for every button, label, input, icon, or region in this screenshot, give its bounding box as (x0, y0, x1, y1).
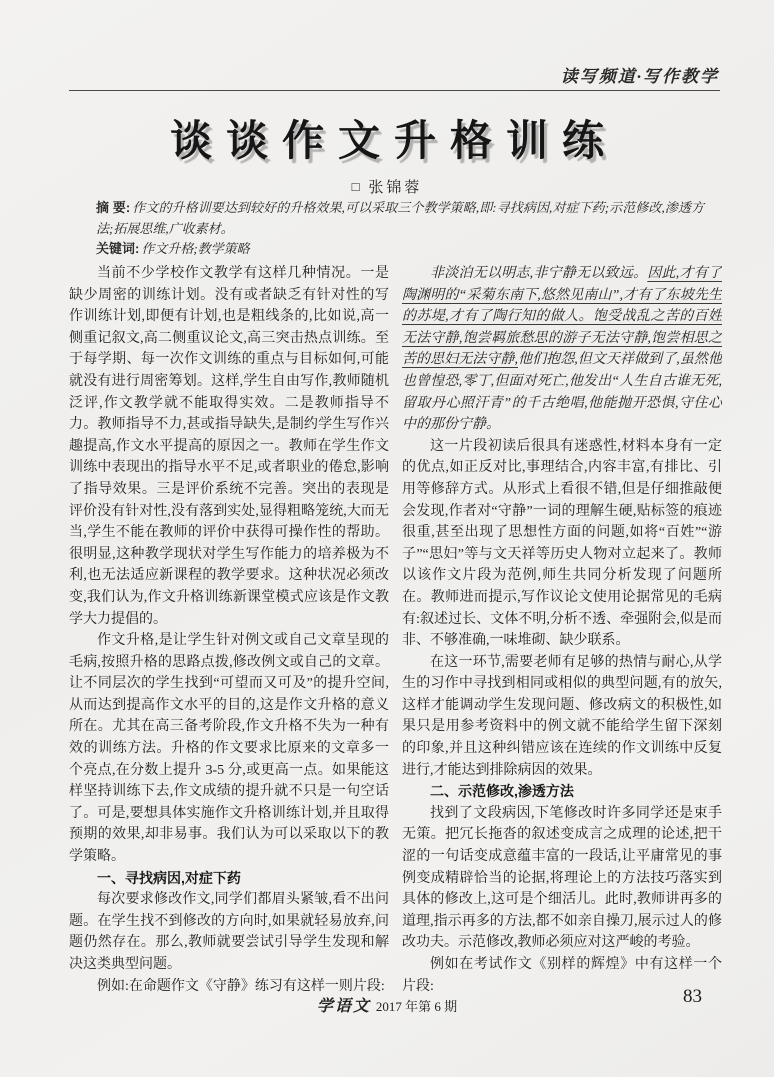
body-paragraph: 在这一环节,需要老师有足够的热情与耐心,从学生的习作中寻找到相同或相似的典型问题… (402, 652, 722, 782)
page-number: 83 (683, 986, 702, 1008)
body-paragraph: 找到了文段病因,下笔修改时许多同学还是束手无策。把冗长拖沓的叙述变成言之成理的论… (402, 803, 722, 954)
author-square-icon: □ (352, 179, 363, 194)
keywords-paragraph: 关键词:作文升格;教学策略 (96, 239, 704, 260)
header-divider (69, 90, 720, 91)
abstract-paragraph: 摘 要:作文的升格训要达到较好的升格效果,可以采取三个教学策略,即:寻找病因,对… (96, 198, 704, 239)
section-heading: 二、示范修改,渗透方法 (402, 781, 722, 803)
right-column: 非淡泊无以明志,非宁静无以致远。因此,才有了陶渊明的“采菊东南下,悠然见南山”,… (402, 263, 722, 995)
quoted-passage: 非淡泊无以明志,非宁静无以致远。因此,才有了陶渊明的“采菊东南下,悠然见南山”,… (402, 263, 722, 436)
author-line: □张锦蓉 (0, 176, 774, 197)
article-title: 谈谈作文升格训练 (0, 108, 774, 168)
left-column: 当前不少学校作文教学有这样几种情况。一是缺少周密的训练计划。没有或者缺乏有针对性… (69, 263, 389, 995)
body-paragraph: 作文升格,是让学生针对例文或自己文章呈现的毛病,按照升格的思路点拨,修改例文或自… (69, 630, 389, 868)
author-name: 张锦蓉 (368, 179, 422, 196)
abstract-block: 摘 要:作文的升格训要达到较好的升格效果,可以采取三个教学策略,即:寻找病因,对… (96, 198, 704, 260)
quote-text: 非淡泊无以明志,非宁静无以致远。 (430, 266, 647, 281)
body-paragraph: 这一片段初读后很具有迷惑性,材料本身有一定的优点,如正反对比,事理结合,内容丰富… (402, 436, 722, 652)
section-heading: 一、寻找病因,对症下药 (69, 868, 389, 890)
body-paragraph: 每次要求修改作文,同学们都眉头紧皱,看不出问题。在学生找不到修改的方向时,如果就… (69, 889, 389, 975)
keywords-label: 关键词: (96, 241, 139, 256)
journal-name: 学语文 (317, 998, 371, 1015)
body-paragraph: 例如在考试作文《别样的辉煌》中有这样一个片段: (402, 954, 722, 995)
keywords-text: 作文升格;教学策略 (141, 241, 249, 256)
body-paragraph: 当前不少学校作文教学有这样几种情况。一是缺少周密的训练计划。没有或者缺乏有针对性… (69, 263, 389, 630)
article-body: 当前不少学校作文教学有这样几种情况。一是缺少周密的训练计划。没有或者缺乏有针对性… (69, 263, 722, 995)
footer-journal-line: 学语文2017 年第 6 期 (0, 993, 774, 1016)
abstract-label: 摘 要: (96, 200, 130, 215)
channel-header: 读写频道·写作教学 (561, 62, 719, 87)
abstract-text: 作文的升格训要达到较好的升格效果,可以采取三个教学策略,即:寻找病因,对症下药;… (96, 200, 704, 236)
journal-page: 读写频道·写作教学 谈谈作文升格训练 □张锦蓉 摘 要:作文的升格训要达到较好的… (0, 0, 774, 1077)
journal-issue: 2017 年第 6 期 (376, 999, 457, 1014)
